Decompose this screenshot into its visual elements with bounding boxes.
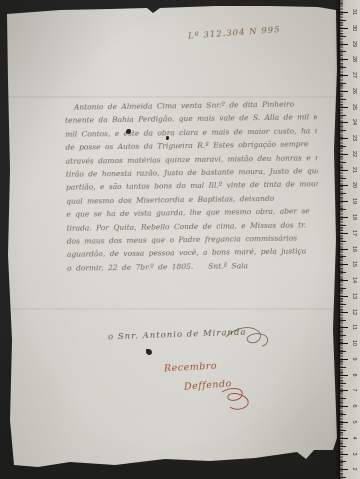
- manuscript-line: qual mesmo dos Misericordia e Baptistas,…: [66, 191, 318, 208]
- rubric-flourish-icon: [218, 386, 260, 412]
- ruler-half-tick: [340, 83, 346, 84]
- manuscript-line: de posse os Autos da Trigueira R.ª Estes…: [65, 137, 317, 154]
- ruler-cm-tick: [340, 170, 348, 171]
- manuscript-line: tirão de honesta razão, Justo de bastant…: [66, 164, 318, 181]
- ink-blot: [126, 129, 131, 134]
- ruler-cm-tick: [340, 249, 348, 250]
- ruler-cm-tick: [340, 59, 348, 60]
- ruler-half-tick: [340, 288, 346, 289]
- ruler-half-tick: [340, 430, 346, 431]
- fold-crease: [0, 308, 340, 310]
- ruler-number: 19: [351, 196, 357, 206]
- ruler-number: 3: [351, 449, 357, 459]
- ruler-number: 22: [351, 149, 357, 159]
- manuscript-line: [67, 272, 319, 276]
- ruler-number: 28: [351, 54, 357, 64]
- ruler-cm-tick: [340, 422, 348, 423]
- ruler-half-tick: [340, 461, 346, 462]
- ruler-half-tick: [340, 99, 346, 100]
- archival-number: Lº 312.304 N 995: [188, 22, 318, 41]
- ruler-cm-tick: [340, 201, 348, 202]
- ink-blot: [166, 136, 169, 140]
- ruler-cm-tick: [340, 44, 348, 45]
- ruler-number: 18: [351, 212, 357, 222]
- ruler-cm-tick: [340, 359, 348, 360]
- ruler-half-tick: [340, 367, 346, 368]
- ruler-cm-tick: [340, 438, 348, 439]
- ruler-cm-tick: [340, 185, 348, 186]
- ruler-cm-tick: [340, 91, 348, 92]
- ruler-cm-tick: [340, 327, 348, 328]
- ruler-half-tick: [340, 209, 346, 210]
- measurement-ruler: 3130292827262524232221201918171615141312…: [340, 0, 360, 479]
- ruler-number: 9: [351, 354, 357, 364]
- manuscript-body: Antonio de Almeida Cima venta Snr.º de d…: [65, 97, 319, 275]
- ruler-half-tick: [340, 446, 346, 447]
- ruler-number: 31: [351, 7, 357, 17]
- ruler-cm-tick: [340, 154, 348, 155]
- ruler-number: 16: [351, 244, 357, 254]
- manuscript-line: através damos matérias quinze maravi, mi…: [66, 151, 318, 168]
- ruler-number: 5: [351, 417, 357, 427]
- ruler-number: 20: [351, 180, 357, 190]
- ruler-number: 6: [351, 401, 357, 411]
- ruler-half-tick: [340, 178, 346, 179]
- ruler-half-tick: [340, 335, 346, 336]
- ruler-cm-tick: [340, 12, 348, 13]
- ruler-cm-tick: [340, 264, 348, 265]
- ruler-half-tick: [340, 193, 346, 194]
- fold-crease: [0, 96, 340, 98]
- manuscript-line: Antonio de Almeida Cima venta Snr.º de d…: [65, 97, 317, 114]
- scan-background: Lº 312.304 N 995 Antonio de Almeida Cima…: [0, 0, 360, 479]
- ruler-half-tick: [340, 256, 346, 257]
- ruler-number: 23: [351, 133, 357, 143]
- manuscript-line: partião, e são tantos bons do mal Ill.º …: [66, 178, 318, 195]
- ruler-half-tick: [340, 383, 346, 384]
- ruler-number: 11: [351, 322, 357, 332]
- ruler-half-tick: [340, 146, 346, 147]
- ruler-cm-tick: [340, 312, 348, 313]
- ruler-half-tick: [340, 414, 346, 415]
- manuscript-line: tirada. Por Quita, Rebello Conde de cima…: [66, 218, 318, 235]
- ruler-number: 29: [351, 39, 357, 49]
- ruler-cm-tick: [340, 107, 348, 108]
- ruler-half-tick: [340, 20, 346, 21]
- ruler-half-tick: [340, 51, 346, 52]
- ruler-half-tick: [340, 115, 346, 116]
- ruler-cm-tick: [340, 75, 348, 76]
- manuscript-line: dos maus dos meus que o Padre fregancia …: [67, 231, 319, 248]
- ruler-number: 24: [351, 117, 357, 127]
- ruler-half-tick: [340, 398, 346, 399]
- ruler-number: 13: [351, 291, 357, 301]
- ruler-cm-tick: [340, 217, 348, 218]
- ink-blot: [146, 349, 152, 355]
- ruler-cm-tick: [340, 469, 348, 470]
- manuscript-line: tenente da Bahia Perdigão, que mais vale…: [65, 111, 317, 128]
- ruler-half-tick: [340, 272, 346, 273]
- ruler-number: 27: [351, 70, 357, 80]
- manuscript-line: mil Contos, e este da obra clara e mais …: [65, 124, 317, 141]
- ruler-number: 10: [351, 338, 357, 348]
- address-line: o Snr. Antonio de Miranda: [108, 327, 247, 344]
- ruler-half-tick: [340, 67, 346, 68]
- annotation-deffendo: Deffendo: [184, 378, 232, 392]
- ruler-half-tick: [340, 162, 346, 163]
- ruler-number: 30: [351, 23, 357, 33]
- ruler-number: 17: [351, 228, 357, 238]
- ruler-number: 14: [351, 275, 357, 285]
- ruler-cm-tick: [340, 28, 348, 29]
- ruler-cm-tick: [340, 406, 348, 407]
- ruler-half-tick: [340, 320, 346, 321]
- ruler-half-tick: [340, 351, 346, 352]
- annotation-recembro: Recembro: [164, 361, 218, 375]
- ruler-cm-tick: [340, 390, 348, 391]
- manuscript-line: e que se ha de vista guarda, lhe que mes…: [66, 204, 318, 221]
- ruler-half-tick: [340, 304, 346, 305]
- manuscript-line: o dormir, 22 de 7br.º de 1805. Snt.ª Sal…: [67, 258, 319, 275]
- ruler-number: 4: [351, 433, 357, 443]
- ruler-number: 2: [351, 464, 357, 474]
- ruler-half-tick: [340, 477, 346, 478]
- ruler-number: 25: [351, 102, 357, 112]
- ruler-half-tick: [340, 36, 346, 37]
- ruler-half-tick: [340, 130, 346, 131]
- ruler-cm-tick: [340, 138, 348, 139]
- ruler-number: 8: [351, 370, 357, 380]
- ruler-cm-tick: [340, 233, 348, 234]
- ruler-number: 7: [351, 385, 357, 395]
- ruler-number: 21: [351, 165, 357, 175]
- ruler-number: 12: [351, 307, 357, 317]
- ruler-half-tick: [340, 241, 346, 242]
- ruler-cm-tick: [340, 454, 348, 455]
- ruler-cm-tick: [340, 122, 348, 123]
- letter-paper: Lº 312.304 N 995 Antonio de Almeida Cima…: [0, 0, 340, 479]
- ruler-cm-tick: [340, 280, 348, 281]
- paraph-flourish-icon: [224, 323, 272, 351]
- ruler-cm-tick: [340, 375, 348, 376]
- ruler-cm-tick: [340, 296, 348, 297]
- ruler-cm-tick: [340, 343, 348, 344]
- ruler-number: 15: [351, 259, 357, 269]
- manuscript-line: aguardão, de vossa pessoa você, a bons m…: [67, 245, 319, 262]
- ruler-number: 26: [351, 86, 357, 96]
- ruler-half-tick: [340, 225, 346, 226]
